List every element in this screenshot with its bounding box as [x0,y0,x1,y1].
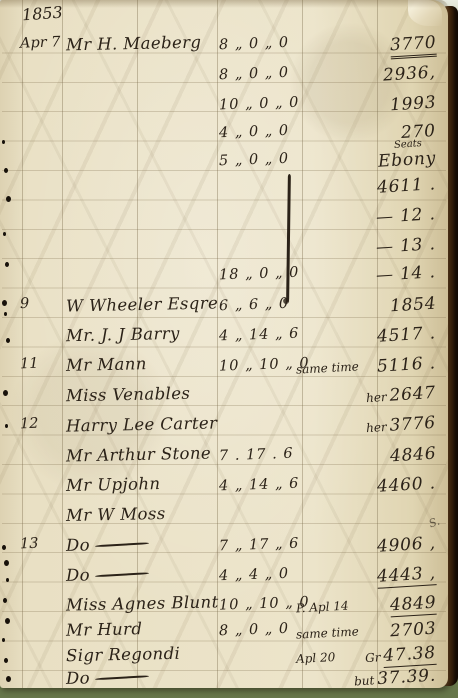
reference-number: 4611 . [377,174,437,198]
entry-reference: 4443 , [377,563,437,587]
entry-amount: 6 „ 6 „ 0 [219,296,290,314]
entry-name: Sigr Regondi [66,644,181,665]
entry-reference: 4611 . [377,174,437,198]
entry-name: Mr Hurd [66,619,143,640]
ledger-entry-row: Do4 „ 4 „ 04443 , [0,565,448,591]
reference-prefix: her [366,390,387,405]
reference-number: 4846 [389,444,437,467]
entry-reference: 3770 [389,33,437,56]
ledger-entry-row: Apr 7Mr H. Maeberg8 „ 0 „ 03770 [0,34,448,60]
reference-number: 3776 [389,413,437,436]
reference-number: — 14 . [376,262,437,286]
ditto-flourish-stroke [95,572,149,577]
reference-number: Ebony [377,148,436,172]
entry-name: Miss Venables [66,384,191,406]
entry-name: Do [66,534,149,555]
entry-reference: 4517 . [377,323,437,347]
reference-prefix: her [366,420,387,435]
entry-annotation: Apl 20 [296,650,336,666]
entry-amount: 8 „ 0 „ 0 [219,621,290,639]
entry-annotation: same time [296,359,359,376]
entry-amount: 8 „ 0 „ 0 [219,35,290,53]
entry-reference: 4849 [389,593,437,616]
reference-number: 4460 . [377,473,437,497]
ledger-entry-row: Mr W Moss [0,505,448,531]
reference-number: 4906 , [377,533,437,557]
ledger-entry-row: 10 „ 0 „ 01993 [0,94,448,120]
ledger-entry-row: 4 „ 0 „ 0270Seats [0,122,448,148]
reference-number: 3770 [389,33,437,60]
entry-reference: 4846 [389,444,437,467]
entry-amount: 4 „ 14 „ 6 [219,326,300,345]
ledger-entry-row: 18 „ 0 „ 0— 14 . [0,264,448,290]
entry-reference: 4460 . [377,473,437,497]
reference-number: 47.38 [383,643,437,668]
ledger-entry-row: 4611 . [0,176,448,202]
entry-date: 9 [20,296,30,312]
ledger-entry-row: Mr Arthur Stone7 . 17 . 64846 [0,445,448,471]
entry-name: Do [66,564,149,585]
entry-annotation: P. Apl 14 [296,599,349,616]
entry-name: Mr. J. J Barry [66,324,180,345]
reference-number: 4849 [389,593,437,618]
entry-date: 11 [20,356,39,373]
entry-reference: her3776 [365,413,436,437]
ledger-entry-row: 8 „ 0 „ 02936, [0,64,448,90]
ledger-entry-row: Dobut37.39. [0,668,448,694]
ledger-entry-row: Miss Agnes Blunt10 „ 10 „ 0P. Apl 144849 [0,594,448,620]
ledger-entry-row: 11Mr Mann10 „ 10 „ 0same time5116 . [0,355,448,381]
ledger-entry-row: 9W Wheeler Esqre6 „ 6 „ 01854 [0,295,448,321]
reference-number: 5116 . [377,353,437,377]
entry-reference: 1993 [389,93,437,116]
entry-amount: 7 „ 17 „ 6 [219,536,300,555]
reference-number: — 13 . [376,234,437,258]
entry-amount: 5 „ 0 „ 0 [219,151,290,169]
ledger-entry-row: Miss Venablesher2647 [0,385,448,411]
reference-number: 2936, [383,62,437,85]
ledger-entry-row: Mr Hurd8 „ 0 „ 0same time2703 [0,620,448,646]
entry-reference: Ebony [377,148,436,172]
reference-prefix: Gr [365,650,381,665]
ledger-entry-row: 13Do7 „ 17 „ 64906 , [0,535,448,561]
entry-reference: 2936, [383,62,437,85]
ledger-entry-row: 5 „ 0 „ 0Ebony [0,150,448,176]
ledger-entry-row: Mr. J. J Barry4 „ 14 „ 64517 . [0,325,448,351]
entry-amount: 4 „ 4 „ 0 [219,566,290,584]
ledger-entry-row: — 13 . [0,236,448,262]
reference-number: 2647 [389,383,437,406]
entry-date: 13 [20,536,39,553]
ledger-page: 1853 Apr 7Mr H. Maeberg8 „ 0 „ 037708 „ … [0,0,448,688]
entry-name: Mr Mann [66,354,147,375]
reference-number: 37.39. [377,666,437,690]
ledger-entry-row: — 12 . [0,206,448,232]
entry-name: Do [66,667,149,688]
entry-name: Mr H. Maeberg [66,33,202,55]
entry-name: Mr W Moss [66,504,166,525]
entry-reference: — 13 . [376,234,437,258]
entry-reference: Gr47.38 [364,643,436,667]
entry-reference: 1854 [389,294,437,317]
entry-name: Mr Upjohn [66,474,161,495]
entry-reference: but37.39. [353,666,436,691]
reference-number: 1993 [389,93,437,116]
entry-name: Miss Agnes Blunt [66,592,219,614]
entry-name: Mr Arthur Stone [66,443,211,465]
page-corner-curl [408,0,442,26]
reference-number: — 12 . [376,204,437,228]
entry-amount: 7 . 17 . 6 [219,446,294,465]
entry-amount: 10 „ 0 „ 0 [219,95,300,114]
entry-amount: 4 „ 0 „ 0 [219,123,290,141]
ditto-flourish-stroke [95,542,149,547]
ledger-entry-row: 12Harry Lee Carterher3776 [0,415,448,441]
scanned-ledger-photo: 1853 Apr 7Mr H. Maeberg8 „ 0 „ 037708 „ … [0,0,458,698]
entry-reference: her2647 [365,383,436,407]
entry-reference: — 14 . [376,262,437,286]
reference-number: 1854 [389,294,437,317]
ditto-flourish-stroke [95,675,149,680]
entry-amount: 8 „ 0 „ 0 [219,65,290,83]
entry-name: W Wheeler Esqre [66,293,219,315]
ledger-entry-row: Mr Upjohn4 „ 14 „ 64460 . [0,475,448,501]
entry-annotation: same time [296,624,359,641]
year-label: 1853 [21,3,63,25]
reference-number: 4443 , [377,563,437,589]
entry-reference: 4906 , [377,533,437,557]
entry-amount: 4 „ 14 „ 6 [219,476,300,495]
reference-prefix: but [354,673,375,688]
entry-reference: 2703 [389,619,437,642]
entry-reference: 5116 . [377,353,437,377]
entry-date: 12 [20,416,39,433]
entry-date: Apr 7 [20,34,61,51]
entry-name: Harry Lee Carter [66,413,218,435]
entry-reference: — 12 . [376,204,437,228]
reference-number: 2703 [389,619,437,642]
reference-number: 4517 . [377,323,437,347]
